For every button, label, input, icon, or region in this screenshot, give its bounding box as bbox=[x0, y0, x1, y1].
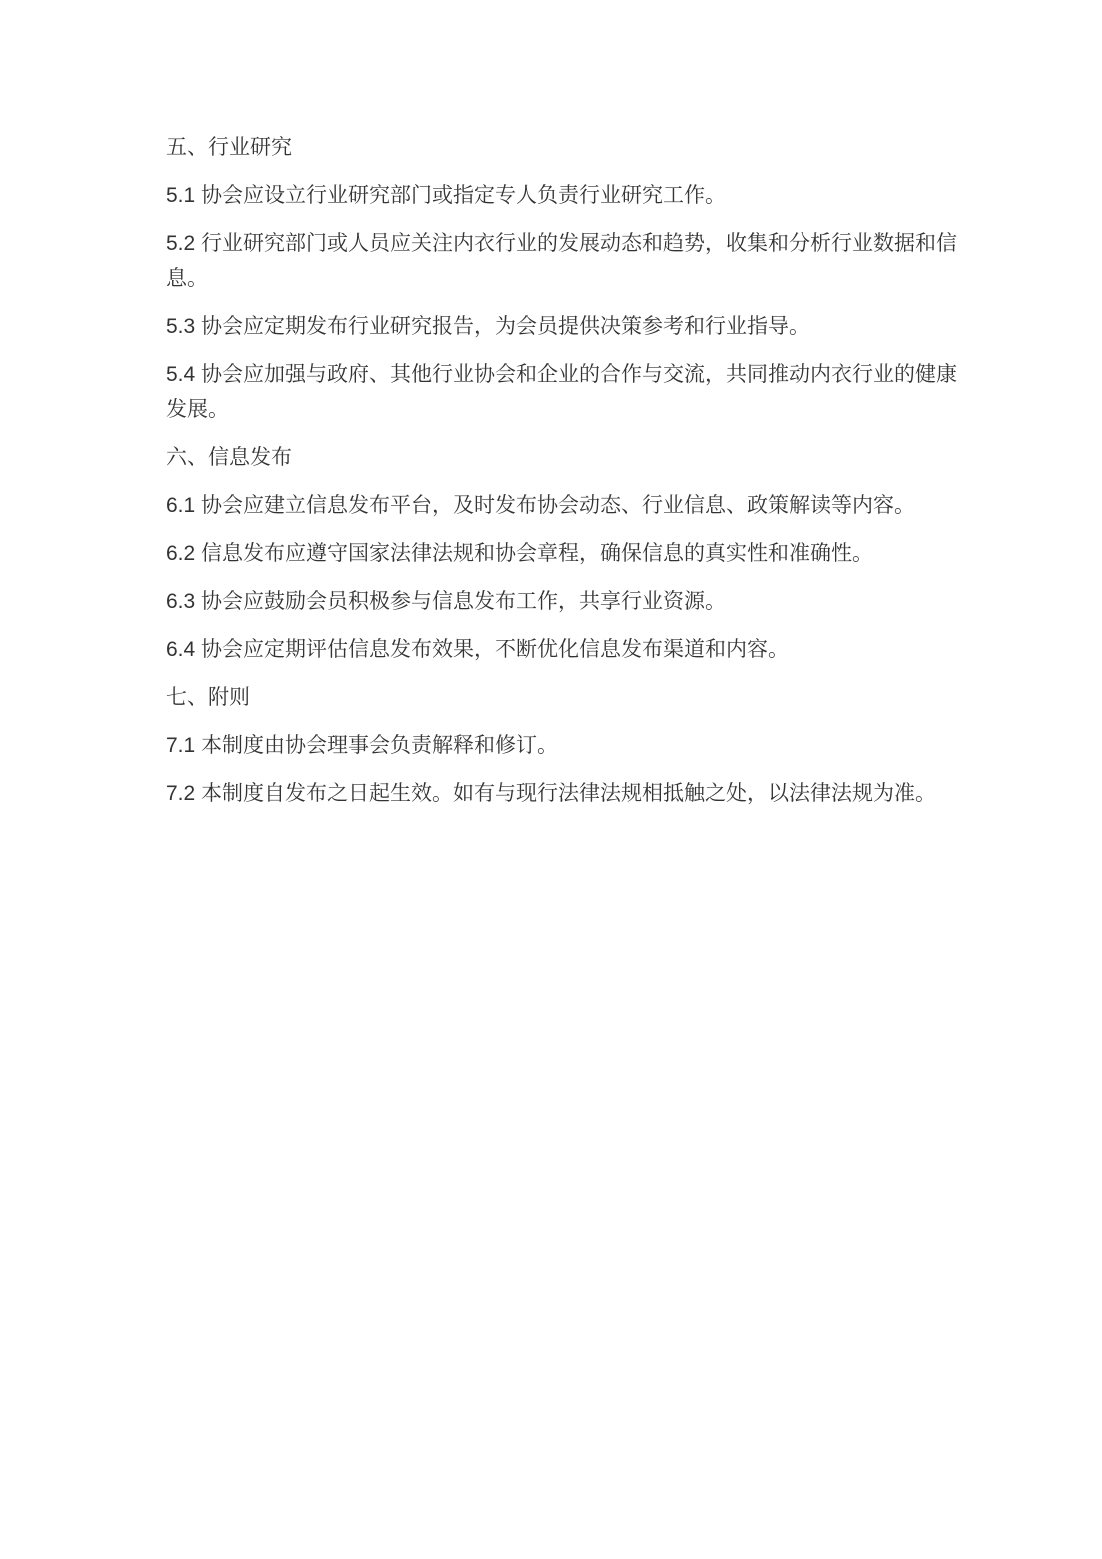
paragraph: 5.2 行业研究部门或人员应关注内衣行业的发展动态和趋势，收集和分析行业数据和信… bbox=[166, 226, 972, 296]
paragraph: 5.3 协会应定期发布行业研究报告，为会员提供决策参考和行业指导。 bbox=[166, 309, 972, 344]
paragraph-line: 5.4 协会应加强与政府、其他行业协会和企业的合作与交流，共同推动内衣行业的健康 bbox=[166, 357, 972, 392]
paragraph: 6.2 信息发布应遵守国家法律法规和协会章程，确保信息的真实性和准确性。 bbox=[166, 536, 972, 571]
paragraph: 7.1 本制度由协会理事会负责解释和修订。 bbox=[166, 728, 972, 763]
paragraph-line: 发展。 bbox=[166, 392, 972, 427]
paragraph-line: 息。 bbox=[166, 261, 972, 296]
paragraph-line: 6.3 协会应鼓励会员积极参与信息发布工作，共享行业资源。 bbox=[166, 584, 972, 619]
paragraph: 6.4 协会应定期评估信息发布效果，不断优化信息发布渠道和内容。 bbox=[166, 632, 972, 667]
paragraph: 5.1 协会应设立行业研究部门或指定专人负责行业研究工作。 bbox=[166, 178, 972, 213]
document-page: 五、行业研究5.1 协会应设立行业研究部门或指定专人负责行业研究工作。5.2 行… bbox=[0, 0, 1102, 1559]
paragraph-line: 7.2 本制度自发布之日起生效。如有与现行法律法规相抵触之处，以法律法规为准。 bbox=[166, 776, 972, 811]
paragraph-line: 5.2 行业研究部门或人员应关注内衣行业的发展动态和趋势，收集和分析行业数据和信 bbox=[166, 226, 972, 261]
paragraph: 5.4 协会应加强与政府、其他行业协会和企业的合作与交流，共同推动内衣行业的健康… bbox=[166, 357, 972, 427]
section-heading: 七、附则 bbox=[166, 680, 972, 715]
paragraph-line: 5.1 协会应设立行业研究部门或指定专人负责行业研究工作。 bbox=[166, 178, 972, 213]
section-heading: 六、信息发布 bbox=[166, 440, 972, 475]
paragraph: 6.3 协会应鼓励会员积极参与信息发布工作，共享行业资源。 bbox=[166, 584, 972, 619]
paragraph-line: 5.3 协会应定期发布行业研究报告，为会员提供决策参考和行业指导。 bbox=[166, 309, 972, 344]
section-heading: 五、行业研究 bbox=[166, 130, 972, 165]
paragraph-line: 6.1 协会应建立信息发布平台，及时发布协会动态、行业信息、政策解读等内容。 bbox=[166, 488, 972, 523]
paragraph-line: 7.1 本制度由协会理事会负责解释和修订。 bbox=[166, 728, 972, 763]
paragraph: 6.1 协会应建立信息发布平台，及时发布协会动态、行业信息、政策解读等内容。 bbox=[166, 488, 972, 523]
document-content: 五、行业研究5.1 协会应设立行业研究部门或指定专人负责行业研究工作。5.2 行… bbox=[0, 0, 1102, 824]
paragraph-line: 6.2 信息发布应遵守国家法律法规和协会章程，确保信息的真实性和准确性。 bbox=[166, 536, 972, 571]
paragraph-line: 6.4 协会应定期评估信息发布效果，不断优化信息发布渠道和内容。 bbox=[166, 632, 972, 667]
paragraph: 7.2 本制度自发布之日起生效。如有与现行法律法规相抵触之处，以法律法规为准。 bbox=[166, 776, 972, 811]
